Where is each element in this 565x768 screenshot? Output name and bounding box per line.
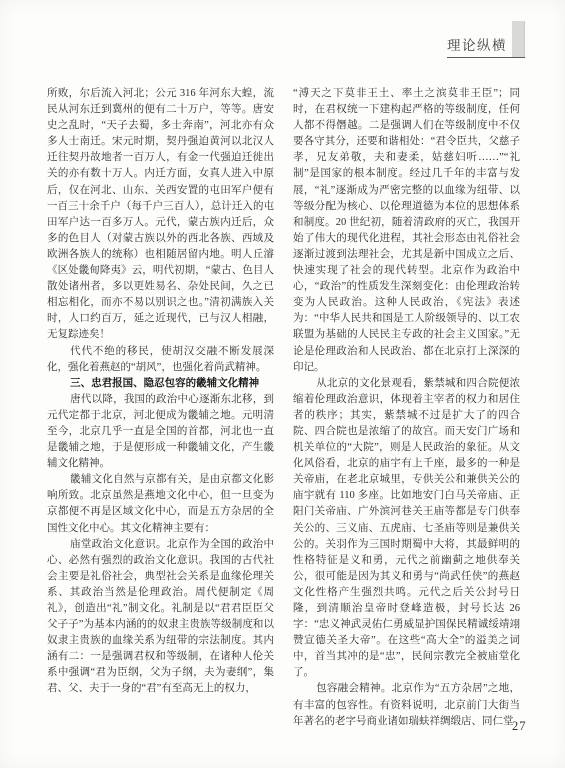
scanned-journal-page: 理论纵横 所败，尔后流入河北；公元 316 年河东大蝗，流民从河东迁到冀州的便有…	[0, 0, 565, 768]
article-body: 所败，尔后流入河北；公元 316 年河东大蝗，流民从河东迁到冀州的便有二十万户，…	[47, 86, 520, 730]
left-column: 所败，尔后流入河北；公元 316 年河东大蝗，流民从河东迁到冀州的便有二十万户，…	[47, 86, 274, 730]
body-paragraph: 唐代以降，我国的政治中心逐渐东北移，到元代定都于北京，河北便成为畿辅之地。元明清…	[47, 392, 274, 472]
body-paragraph-continuation: “溥天之下莫非王土、率土之滨莫非王臣”；同时，在君权统一下建构起严格的等级制度，…	[293, 86, 520, 376]
body-paragraph: 从北京的文化景观看，紫禁城和四合院便浓缩着伦理政治意识，体现着主宰者的权力和居住…	[293, 376, 520, 682]
page-number: 27	[512, 719, 527, 734]
running-head: 理论纵横	[447, 21, 525, 58]
section-tab-marker	[512, 21, 525, 57]
section-title: 理论纵横	[447, 34, 512, 57]
section-heading: 三、忠君报国、隐忍包容的畿辅文化精神	[47, 376, 274, 392]
body-paragraph: 庙堂政治文化意识。北京作为全国的政治中心、必然有强烈的政治文化意识。我国的古代社…	[47, 537, 274, 698]
body-paragraph-continuation: 所败，尔后流入河北；公元 316 年河东大蝗，流民从河东迁到冀州的便有二十万户，…	[47, 86, 274, 344]
body-paragraph: 代代不绝的移民，使胡汉交融不断发展深化，强化着燕赵的“胡风”，也强化着尚武精神。	[47, 344, 274, 376]
body-paragraph: 包容融会精神。北京作为“五方杂居”之地，有丰富的包容性。有资料说明，北京前门大街…	[293, 681, 520, 729]
body-paragraph: 畿辅文化自然与京都有关，是由京都文化影响所致。北京虽然是燕地文化中心，但一旦变为…	[47, 472, 274, 536]
right-column: “溥天之下莫非王土、率土之滨莫非王臣”；同时，在君权统一下建构起严格的等级制度，…	[293, 86, 520, 730]
